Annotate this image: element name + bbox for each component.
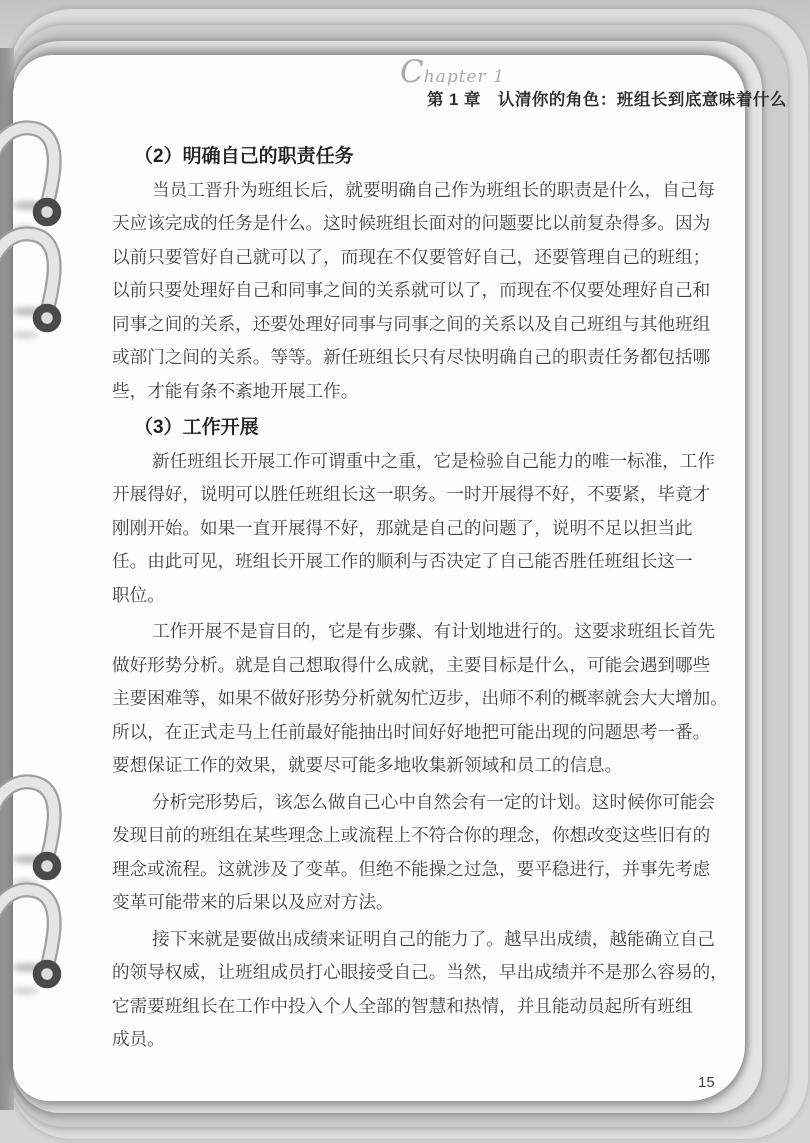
text-line: 开展得好，说明可以胜任班组长这一职务。一时开展得不好，不要紧，毕竟才 [112, 478, 713, 512]
text-line: 同事之间的关系，还要处理好同事与同事之间的关系以及自己班组与其他班组 [112, 308, 713, 342]
chapter-script-initial: C [400, 54, 424, 90]
text-line: 变革可能带来的后果以及应对方法。 [112, 886, 713, 920]
chapter-script-rest: hapter 1 [424, 67, 505, 87]
binder-ring-icon [0, 880, 76, 998]
binder-ring-icon [0, 772, 76, 890]
text-line: 职位。 [112, 579, 713, 613]
paragraph: 当员工晋升为班组长后，就要明确自己作为班组长的职责是什么，自己每天应该完成的任务… [112, 174, 713, 409]
text-line: 任。由此可见，班组长开展工作的顺利与否决定了自己能否胜任班组长这一 [112, 545, 713, 579]
text-line: 理念或流程。这就涉及了变革。但绝不能操之过急，要平稳进行，并事先考虑 [112, 853, 713, 887]
text-line: 以前只要处理好自己和同事之间的关系就可以了，而现在不仅要处理好自己和 [112, 274, 713, 308]
text-line: 它需要班组长在工作中投入个人全部的智慧和热情，并且能动员起所有班组 [112, 990, 713, 1024]
text-line: 要想保证工作的效果，就要尽可能多地收集新领域和员工的信息。 [112, 749, 713, 783]
paragraph: 工作开展不是盲目的，它是有步骤、有计划地进行的。这要求班组长首先做好形势分析。就… [112, 615, 713, 783]
text-line: 当员工晋升为班组长后，就要明确自己作为班组长的职责是什么，自己每 [112, 174, 713, 208]
text-line: 分析完形势后，该怎么做自己心中自然会有一定的计划。这时候你可能会 [112, 786, 713, 820]
chapter-header: Chapter 1 第 1 章 认清你的角色：班组长到底意味着什么 [400, 57, 787, 110]
text-line: 的领导权威，让班组成员打心眼接受自己。当然，早出成绩并不是那么容易的， [112, 956, 713, 990]
text-line: 成员。 [112, 1023, 713, 1057]
text-line: 发现目前的班组在某些理念上或流程上不符合你的理念，你想改变这些旧有的 [112, 819, 713, 853]
paragraph: 接下来就是要做出成绩来证明自己的能力了。越早出成绩，越能确立自己的领导权威，让班… [112, 923, 713, 1057]
text-line: 所以，在正式走马上任前最好能抽出时间好好地把可能出现的问题思考一番。 [112, 716, 713, 750]
binder-ring-icon [0, 224, 76, 342]
text-line: 接下来就是要做出成绩来证明自己的能力了。越早出成绩，越能确立自己 [112, 923, 713, 957]
binder-ring-icon [0, 118, 76, 236]
text-line: 以前只要管好自己就可以了，而现在不仅要管好自己，还要管理自己的班组； [112, 241, 713, 275]
section-heading: （2）明确自己的职责任务 [112, 140, 713, 174]
paragraph: 分析完形势后，该怎么做自己心中自然会有一定的计划。这时候你可能会发现目前的班组在… [112, 786, 713, 920]
text-line: 工作开展不是盲目的，它是有步骤、有计划地进行的。这要求班组长首先 [112, 615, 713, 649]
text-line: 或部门之间的关系。等等。新任班组长只有尽快明确自己的职责任务都包括哪 [112, 341, 713, 375]
book-page: Chapter 1 第 1 章 认清你的角色：班组长到底意味着什么 （2）明确自… [13, 55, 745, 1101]
text-line: 些，才能有条不紊地开展工作。 [112, 375, 713, 409]
page-content: （2）明确自己的职责任务当员工晋升为班组长后，就要明确自己作为班组长的职责是什么… [112, 140, 713, 1057]
text-line: 主要困难等，如果不做好形势分析就匆忙迈步，出师不利的概率就会大大增加。 [112, 682, 713, 716]
paragraph: 新任班组长开展工作可谓重中之重，它是检验自己能力的唯一标准，工作开展得好，说明可… [112, 445, 713, 613]
text-line: 做好形势分析。就是自己想取得什么成就，主要目标是什么，可能会遇到哪些 [112, 649, 713, 683]
text-line: 刚刚开始。如果一直开展得不好，那就是自己的问题了，说明不足以担当此 [112, 512, 713, 546]
text-line: 新任班组长开展工作可谓重中之重，它是检验自己能力的唯一标准，工作 [112, 445, 713, 479]
book-page-stage: Chapter 1 第 1 章 认清你的角色：班组长到底意味着什么 （2）明确自… [0, 0, 810, 1143]
section-heading: （3）工作开展 [112, 411, 713, 445]
page-number: 15 [698, 1074, 715, 1091]
chapter-title: 第 1 章 认清你的角色：班组长到底意味着什么 [400, 86, 787, 110]
text-line: 天应该完成的任务是什么。这时候班组长面对的问题要比以前复杂得多。因为 [112, 207, 713, 241]
